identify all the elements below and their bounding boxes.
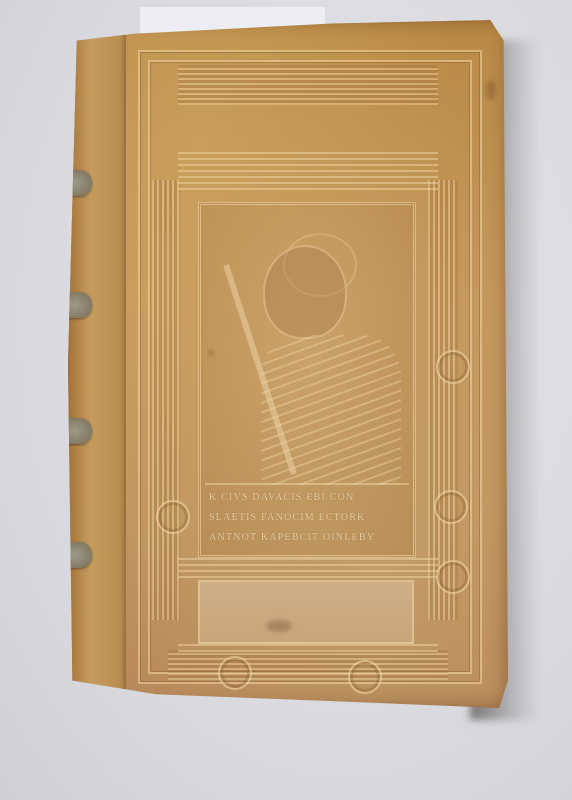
book-spine (68, 20, 126, 708)
left-ornament-border (152, 180, 180, 620)
ruled-lines (178, 150, 438, 190)
ruled-lines (178, 558, 438, 578)
bottom-ornament-border (168, 650, 448, 680)
medallion (218, 656, 252, 690)
inscription-line: SLAETIS FANOCIM ECTORK (209, 512, 405, 523)
central-portrait-panel: K CIVS DAVACIS EBI CON SLAETIS FANOCIM E… (198, 202, 416, 558)
stain (486, 80, 496, 100)
stain (266, 620, 292, 632)
medallion (156, 500, 190, 534)
robe (261, 335, 401, 485)
medallion (434, 490, 468, 524)
medallion (436, 350, 470, 384)
right-ornament-border (428, 180, 458, 620)
inscription-line: K CIVS DAVACIS EBI CON (209, 492, 405, 503)
medallion (436, 560, 470, 594)
medallion (348, 660, 382, 694)
stain (208, 350, 214, 356)
saint-portrait (263, 245, 347, 339)
inscription: K CIVS DAVACIS EBI CON SLAETIS FANOCIM E… (205, 483, 409, 549)
top-ornament-border (178, 65, 438, 105)
book-cover: K CIVS DAVACIS EBI CON SLAETIS FANOCIM E… (68, 20, 508, 708)
lower-blank-panel (198, 580, 414, 644)
inscription-line: ANTNOT KAPEBCIT OINLEBY (209, 532, 405, 543)
